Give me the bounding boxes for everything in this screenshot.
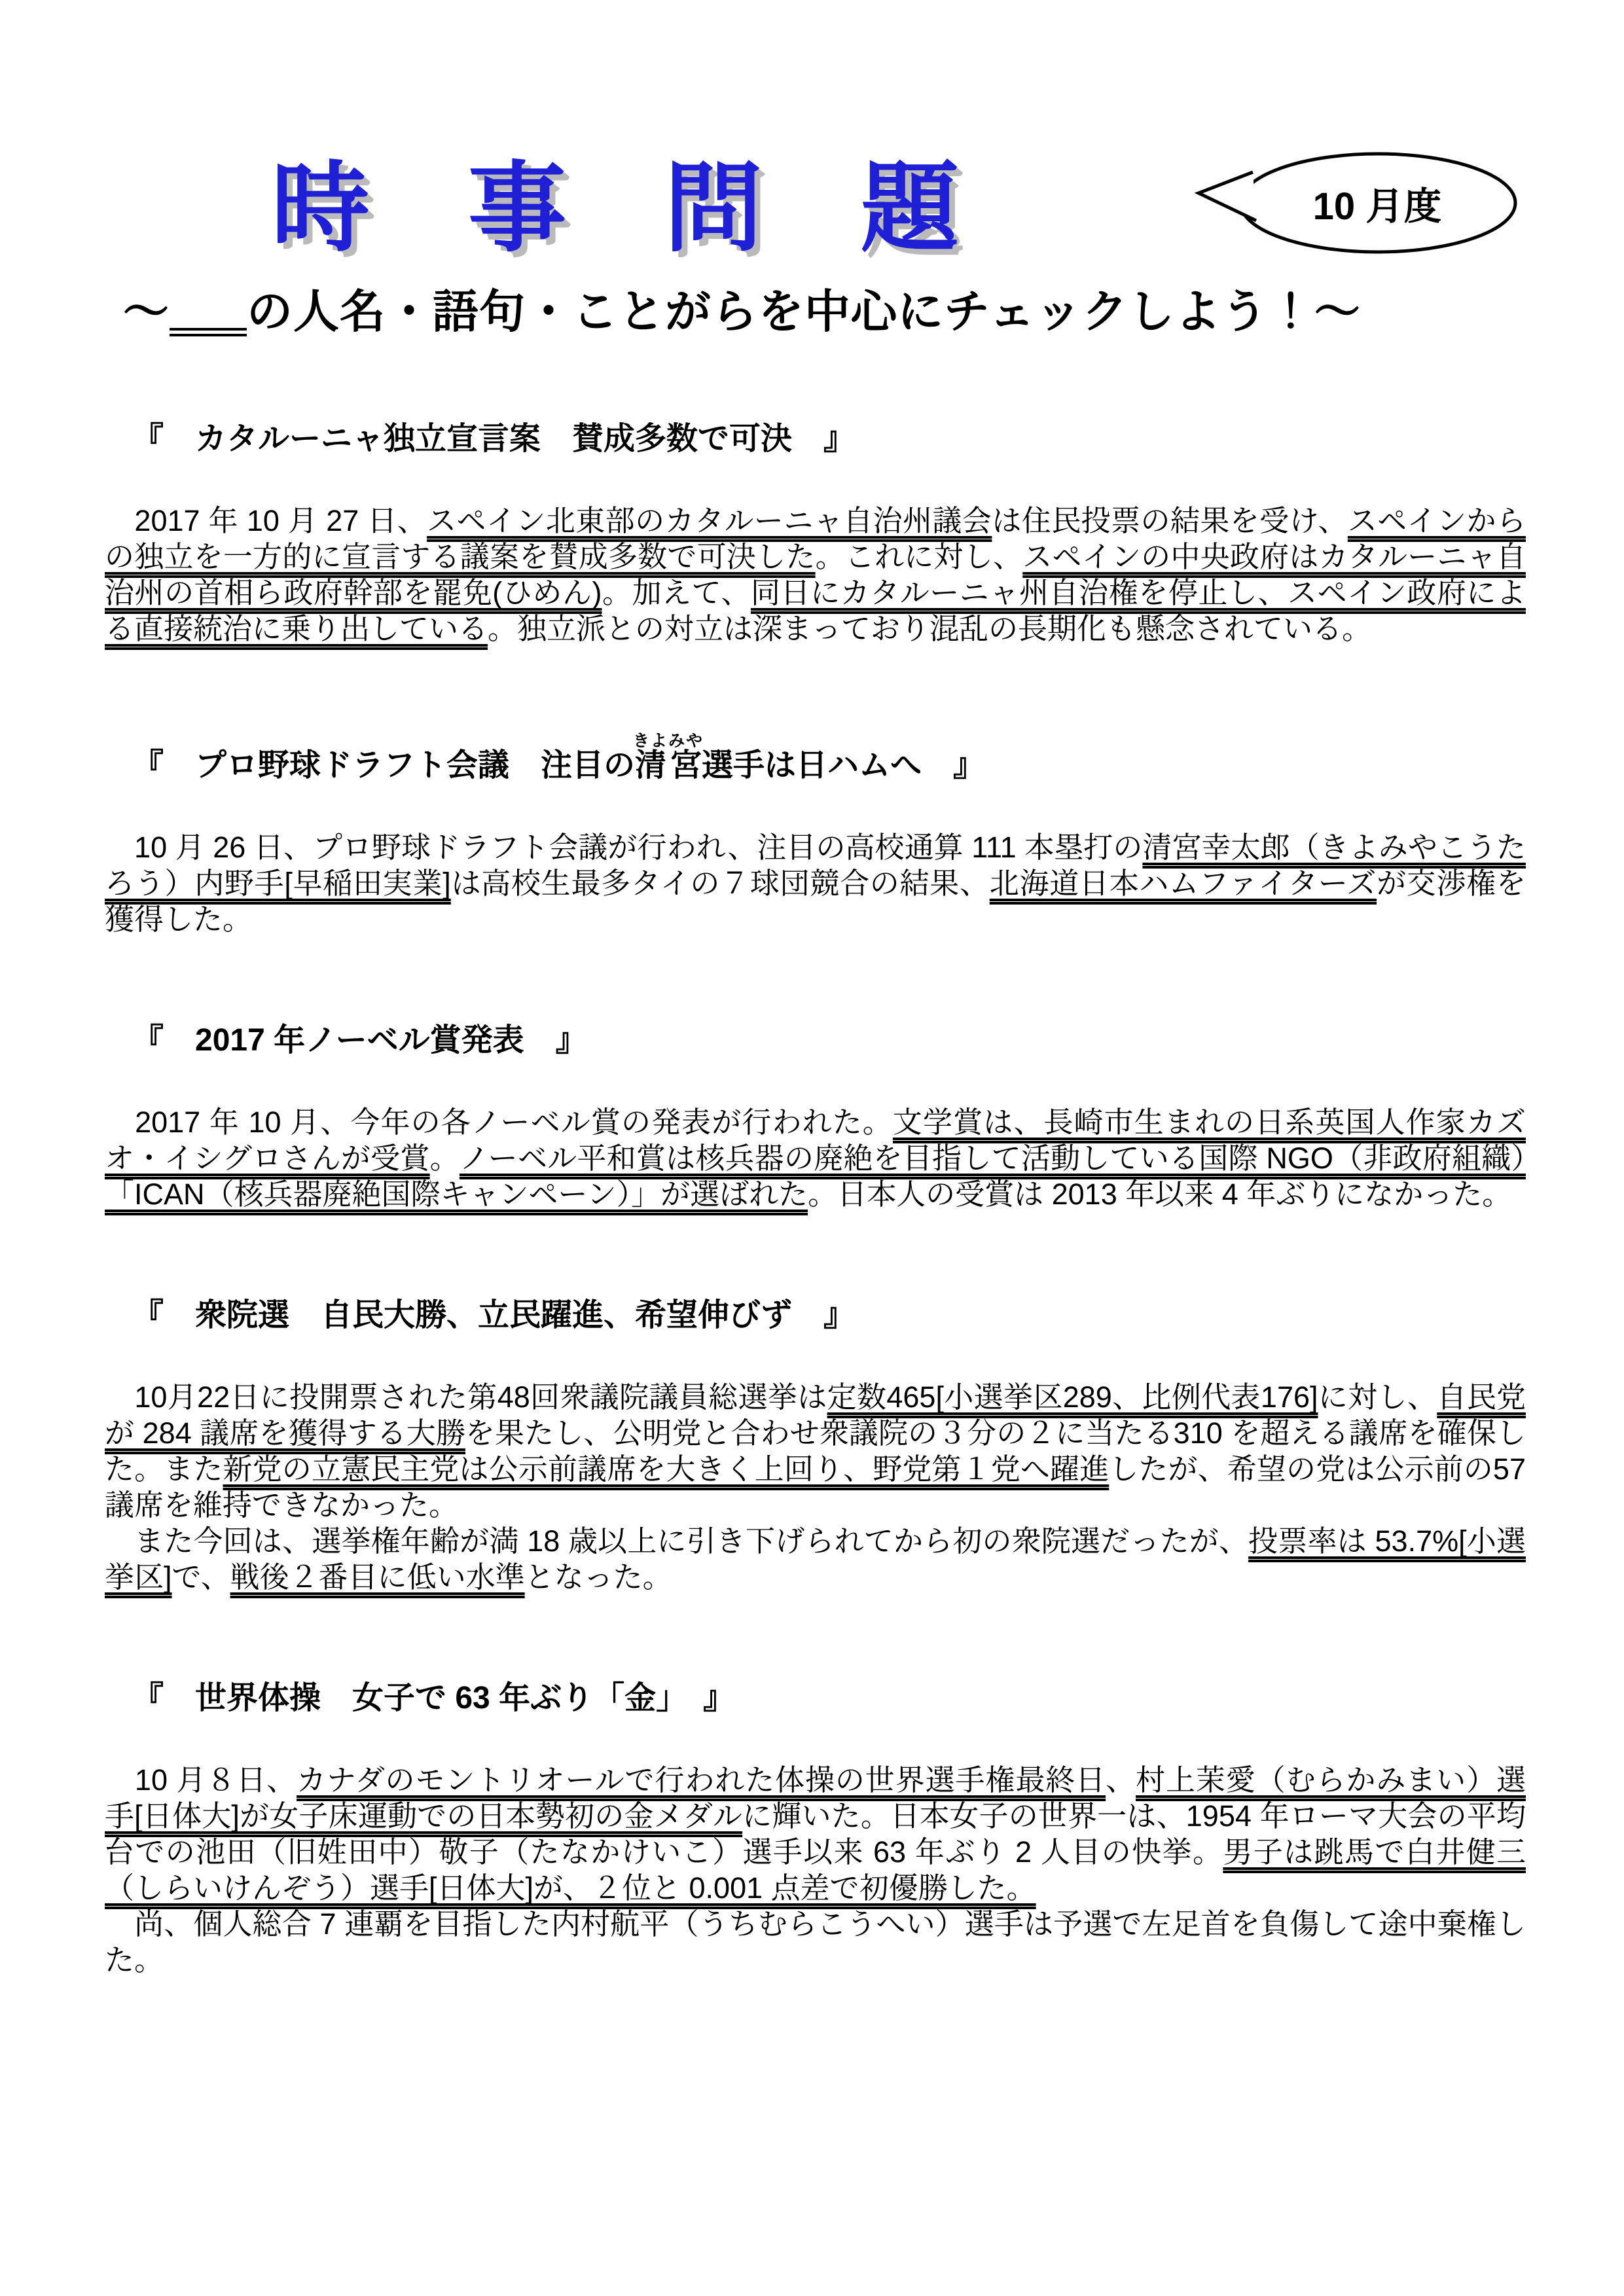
section-heading: 『 カタルーニャ独立宣言案 賛成多数で可決 』 <box>132 421 1526 457</box>
text-segment: 2017 年 10 月 27 日、 <box>105 504 427 537</box>
heading-text: 『 世界体操 女子で 63 年ぶり「金」 』 <box>132 1681 734 1715</box>
body-paragraph: また今回は、選挙権年齢が満 18 歳以上に引き下げられてから初の衆院選だったが、… <box>105 1523 1526 1595</box>
subtitle-prefix: 〜 <box>123 286 170 337</box>
body-paragraph: 尚、個人総合 7 連覇を目指した内村航平（うちむらこうへい）選手は予選で左足首を… <box>105 1906 1526 1978</box>
section-heading: 『 プロ野球ドラフト会議 注目の清宮きよみや選手は日ハムへ 』 <box>132 732 1526 783</box>
underlined-phrase: 戦後２番目に低い水準 <box>230 1560 525 1594</box>
underlined-phrase: 北海道日本ハムファイターズ <box>990 867 1377 900</box>
heading-text: 『 2017 年ノーベル賞発表 』 <box>132 1023 587 1058</box>
body-paragraph: 2017 年 10 月 27 日、スペイン北東部のカタルーニャ自治州議会は住民投… <box>105 503 1526 647</box>
heading-text: 選手は日ハムへ 』 <box>702 748 984 783</box>
body-paragraph: 10 月 26 日、プロ野球ドラフト会議が行われ、注目の高校通算 111 本塁打… <box>105 829 1526 937</box>
text-segment: 。加えて、 <box>602 576 751 609</box>
text-segment: で、 <box>172 1560 230 1594</box>
heading-text: 『 衆院選 自民大勝、立民躍進、希望伸びず 』 <box>132 1298 855 1333</box>
body-paragraph: 2017 年 10 月、今年の各ノーベル賞の発表が行われた。文学賞は、長崎市生ま… <box>105 1104 1526 1212</box>
section-heading: 『 世界体操 女子で 63 年ぶり「金」 』 <box>132 1680 1526 1716</box>
text-segment: 。独立派との対立は深まっており混乱の長期化も懸念されている。 <box>488 612 1371 645</box>
heading-text: 『 カタルーニャ独立宣言案 賛成多数で可決 』 <box>132 422 855 456</box>
news-sections: 『 カタルーニャ独立宣言案 賛成多数で可決 』 2017 年 10 月 27 日… <box>105 421 1526 1979</box>
month-badge-label: 10 月度 <box>1263 147 1492 259</box>
text-segment: 2017 年 10 月、今年の各ノーベル賞の発表が行われた。 <box>105 1105 893 1139</box>
text-segment: に対し、 <box>1318 1380 1437 1414</box>
subtitle-suffix: の人名・語句・ことがらを中心にチェックしよう！〜 <box>247 286 1361 337</box>
text-segment: は住民投票の結果を受け、 <box>992 504 1347 537</box>
news-section: 『 衆院選 自民大勝、立民躍進、希望伸びず 』 10月22日に投開票された第48… <box>105 1297 1526 1595</box>
document-page: 時 事 問 題 10 月度 〜の人名・語句・ことがらを中心にチェックしよう！〜 … <box>105 0 1526 1978</box>
news-section: 『 カタルーニャ独立宣言案 賛成多数で可決 』 2017 年 10 月 27 日… <box>105 421 1526 647</box>
underlined-phrase: カナダのモントリオールで行われた体操の世界選手権最終日 <box>297 1763 1106 1797</box>
text-segment: 10月22日に投開票された第48回衆議院議員総選挙は <box>105 1380 827 1414</box>
body-paragraph: 10 月８日、カナダのモントリオールで行われた体操の世界選手権最終日、村上茉愛（… <box>105 1762 1526 1906</box>
text-segment: 。 <box>430 1141 460 1175</box>
body-paragraph: 10月22日に投開票された第48回衆議院議員総選挙は定数465[小選挙区289、… <box>105 1379 1526 1523</box>
fill-in-blank <box>170 321 247 336</box>
subtitle: 〜の人名・語句・ことがらを中心にチェックしよう！〜 <box>123 275 1526 341</box>
text-segment: 10 月 26 日、プロ野球ドラフト会議が行われ、注目の高校通算 111 本塁打… <box>105 831 1142 864</box>
news-section: 『 プロ野球ドラフト会議 注目の清宮きよみや選手は日ハムへ 』 10 月 26 … <box>105 732 1526 937</box>
underlined-phrase: 定数465[小選挙区289、比例代表176] <box>827 1380 1318 1414</box>
news-section: 『 世界体操 女子で 63 年ぶり「金」 』 10 月８日、カナダのモントリオー… <box>105 1680 1526 1978</box>
text-segment: は高校生最多タイの７球団競合の結果、 <box>451 867 990 900</box>
section-heading: 『 2017 年ノーベル賞発表 』 <box>132 1022 1526 1058</box>
text-segment: となった。 <box>525 1560 672 1594</box>
document-header: 時 事 問 題 10 月度 〜の人名・語句・ことがらを中心にチェックしよう！〜 <box>105 0 1526 341</box>
furigana-term: 清宮きよみや <box>635 748 702 783</box>
text-segment: 10 月８日、 <box>105 1763 297 1797</box>
underlined-phrase: 新党の立憲民主党は公示前議席を大きく上回り、野党第１党へ躍進 <box>223 1452 1110 1486</box>
heading-text: 『 プロ野球ドラフト会議 注目の <box>132 748 635 783</box>
underlined-phrase: スペイン北東部のカタルーニャ自治州議会 <box>427 504 992 537</box>
text-segment: 。日本人の受賞は 2013 年以来 4 年ぶりになかった。 <box>808 1177 1511 1211</box>
text-segment: 。これに対し、 <box>816 540 1023 573</box>
text-segment: 、 <box>1106 1763 1136 1797</box>
section-heading: 『 衆院選 自民大勝、立民躍進、希望伸びず 』 <box>132 1297 1526 1333</box>
text-segment: また今回は、選挙権年齢が満 18 歳以上に引き下げられてから初の衆院選だったが、 <box>105 1524 1248 1558</box>
news-section: 『 2017 年ノーベル賞発表 』 2017 年 10 月、今年の各ノーベル賞の… <box>105 1022 1526 1212</box>
text-segment: 尚、個人総合 7 連覇を目指した内村航平（うちむらこうへい）選手は予選で左足首を… <box>105 1907 1526 1977</box>
month-badge: 10 月度 <box>1191 147 1525 260</box>
